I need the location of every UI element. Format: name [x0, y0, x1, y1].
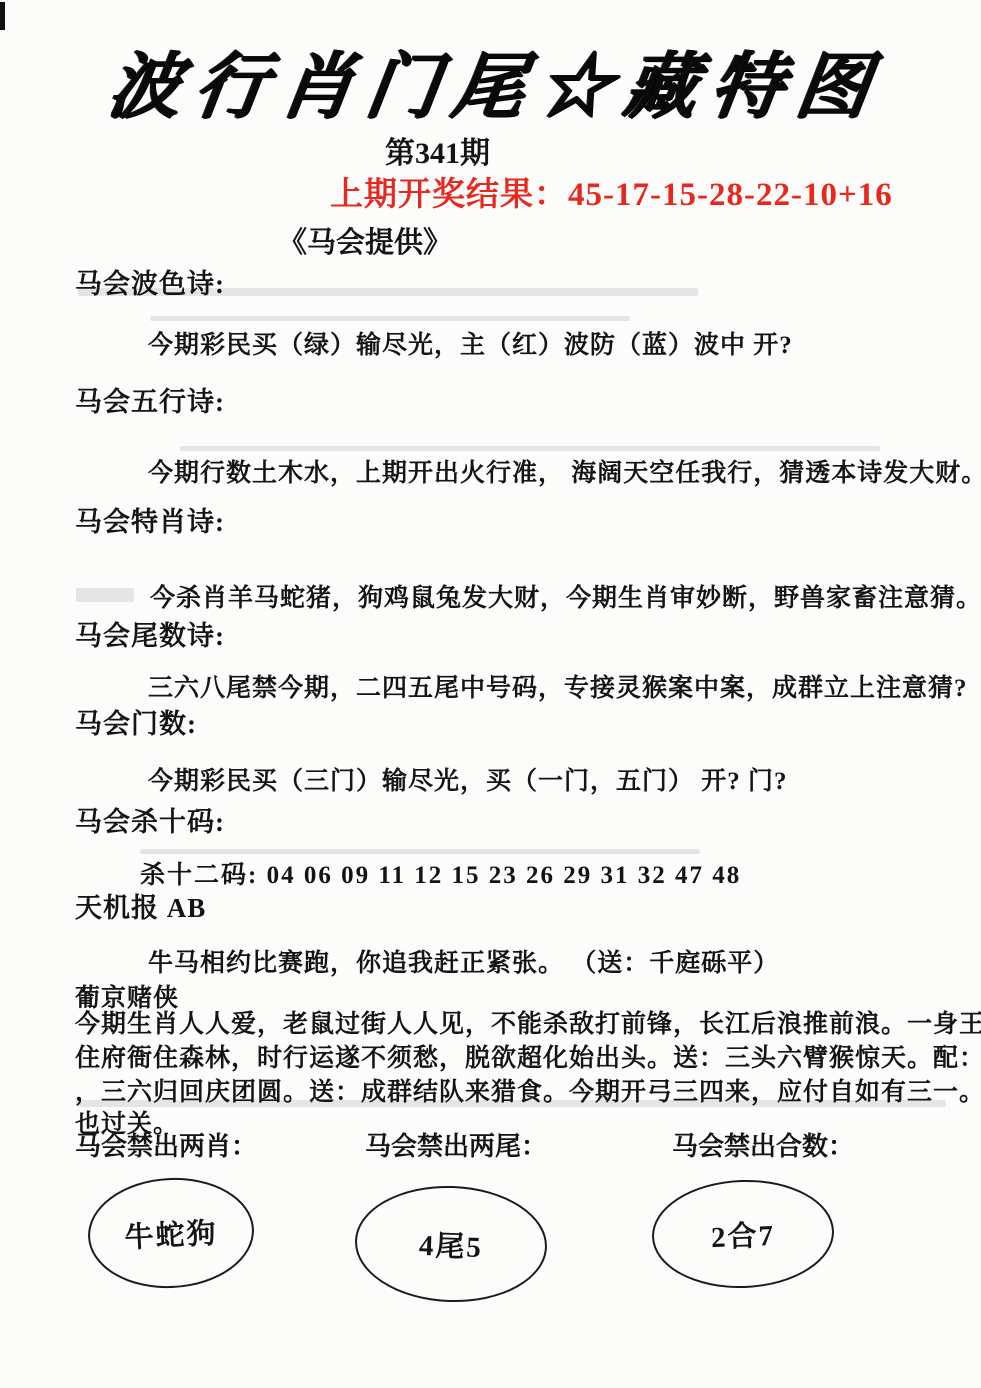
section-heading-menshu: 马会门数:: [75, 702, 197, 741]
scan-smudge: [76, 588, 134, 602]
forbid-sum-label: 马会禁出合数：: [672, 1126, 854, 1163]
lottery-tip-sheet: 波行肖门尾☆藏特图 第341期 上期开奖结果：45-17-15-28-22-10…: [0, 0, 981, 1388]
pujing-line-2: 住府衙住森林，时行运遂不须愁，脱欲超化始出头。送：三头六臂猴惊天。配：今期特码一…: [75, 1042, 981, 1076]
last-draw-result: 上期开奖结果：45-17-15-28-22-10+16: [330, 168, 893, 215]
provider-label: 《马会提供》: [278, 220, 452, 261]
scan-smudge: [180, 446, 880, 451]
pujing-line-1: 今期生肖人人爱，老鼠过街人人见，不能杀敌打前锋，长江后浪推前浪。一身王袍穿到老，…: [75, 1008, 981, 1042]
last-draw-result-numbers: 45-17-15-28-22-10+16: [568, 177, 893, 213]
issue-number: 第341期: [385, 128, 490, 172]
poem-line-bose: 今期彩民买（绿）输尽光，主（红）波防（蓝）波中 开?: [148, 325, 793, 361]
forbid-sum-value: 2合7: [710, 1212, 775, 1255]
poem-line-menshu: 今期彩民买（三门）输尽光，买（一门，五门） 开? 门?: [148, 761, 788, 797]
pujing-line-3: ，三六归回庆团圆。送：成群结队来猎食。今期开弓三四来，应付自如有三一。送：瞎子摸…: [75, 1076, 981, 1110]
section-heading-texiao: 马会特肖诗:: [75, 500, 225, 539]
forbid-two-tails-label: 马会禁出两尾：: [365, 1126, 547, 1163]
section-heading-wuxing: 马会五行诗:: [75, 380, 225, 419]
forbid-two-tails-oval: 4尾5: [353, 1183, 549, 1306]
poem-line-tianjibao: 牛马相约比赛跑，你追我赶正紧张。 （送：千庭砾平）: [148, 943, 779, 979]
scan-smudge: [140, 849, 700, 854]
forbid-two-zodiac-value: 牛蛇狗: [123, 1210, 218, 1256]
forbid-two-tails-value: 4尾5: [418, 1222, 483, 1265]
section-heading-weishu: 马会尾数诗:: [75, 614, 225, 653]
forbid-two-zodiac-label: 马会禁出两肖：: [75, 1126, 257, 1163]
section-heading-shashima: 马会杀十码:: [75, 800, 225, 839]
poem-line-wuxing: 今期行数土木水，上期开出火行准， 海阔天空任我行，猜透本诗发大财。 解（？）: [148, 453, 981, 489]
last-draw-result-label: 上期开奖结果：: [330, 177, 568, 213]
forbid-sum-oval: 2合7: [650, 1177, 836, 1291]
kill-codes-line: 杀十二码: 04 06 09 11 12 15 23 26 29 31 32 4…: [140, 855, 741, 891]
poem-line-texiao: 今杀肖羊马蛇猪，狗鸡鼠兔发大财，今期生肖审妙断，野兽家畜注意猜。 开?: [150, 578, 981, 614]
poem-line-weishu: 三六八尾禁今期，二四五尾中号码，专接灵猴案中案，成群立上注意猜?: [148, 668, 968, 704]
scan-smudge: [150, 316, 630, 321]
page-title: 波行肖门尾☆藏特图: [103, 28, 892, 132]
scan-corner-mark: [0, 2, 5, 30]
section-heading-bose: 马会波色诗:: [75, 262, 225, 301]
forbid-two-zodiac-oval: 牛蛇狗: [85, 1174, 257, 1293]
section-heading-tianjibao: 天机报 AB: [75, 886, 206, 925]
